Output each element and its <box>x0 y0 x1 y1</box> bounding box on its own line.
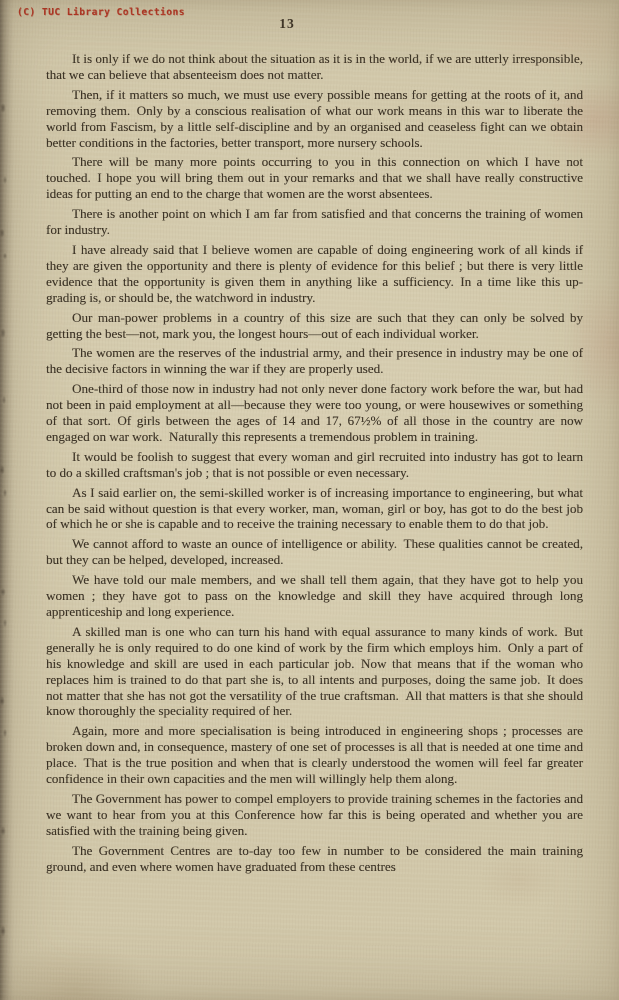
paragraph: We have told our male members, and we sh… <box>46 572 583 620</box>
paragraph: It is only if we do not think about the … <box>46 51 583 83</box>
paragraph: There will be many more points occurring… <box>46 154 583 202</box>
paragraph: As I said earlier on, the semi-skilled w… <box>46 485 583 533</box>
paragraph: The women are the reserves of the indust… <box>46 345 583 377</box>
paragraph: We cannot afford to waste an ounce of in… <box>46 536 583 568</box>
paragraph: Again, more and more specialisation is b… <box>46 723 583 787</box>
library-watermark: (C) TUC Library Collections <box>17 7 185 18</box>
paragraph: It would be foolish to suggest that ever… <box>46 449 583 481</box>
scanned-document-page: (C) TUC Library Collections 13 It is onl… <box>0 0 619 1000</box>
paragraph: Our man-power problems in a country of t… <box>46 310 583 342</box>
book-binding-edge <box>0 0 22 1000</box>
page-number: 13 <box>247 16 327 32</box>
paragraph: A skilled man is one who can turn his ha… <box>46 624 583 719</box>
paragraph: The Government Centres are to-day too fe… <box>46 843 583 875</box>
paragraph: Then, if it matters so much, we must use… <box>46 87 583 151</box>
paragraph: One-third of those now in industry had n… <box>46 381 583 445</box>
paragraph: The Government has power to compel emplo… <box>46 791 583 839</box>
paragraph: I have already said that I believe women… <box>46 242 583 306</box>
page-text: It is only if we do not think about the … <box>46 51 583 879</box>
paragraph: There is another point on which I am far… <box>46 206 583 238</box>
